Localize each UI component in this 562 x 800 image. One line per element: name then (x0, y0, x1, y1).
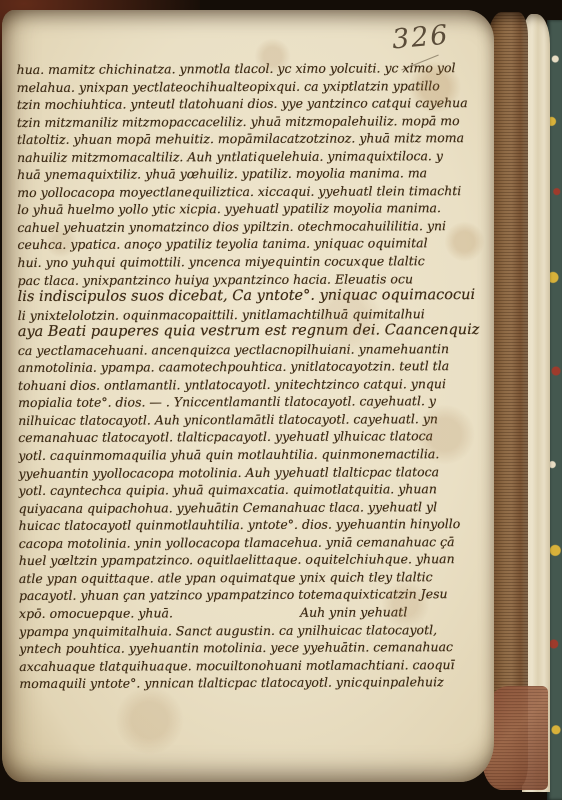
manuscript-line: nahuiliz mitzmomacaltiliz. Auh yntlatiqu… (17, 147, 483, 167)
text-block: hua. mamitz chichinatza. ynmotla tlacol.… (17, 59, 486, 693)
manuscript-line: hua. mamitz chichinatza. ynmotla tlacol.… (17, 59, 483, 79)
manuscript-line: momaquili yntote°. ynnican tlalticpac tl… (19, 673, 485, 693)
manuscript-line: yntech pouhtica. yyehuantin motolinia. y… (19, 638, 485, 658)
manuscript-line: tohuani dios. ontlamantli. yntlatocayotl… (18, 375, 484, 395)
manuscript-line: mopialia tote°. dios. — . Yniccentlamant… (18, 392, 484, 412)
manuscript-page: 326 hua. mamitz chichinatza. ynmotla tla… (2, 10, 494, 782)
manuscript-line: pac tlaca. ynixpantzinco huiya yxpantzin… (18, 270, 484, 290)
manuscript-line: huā ynemaquixtiliz. yhuā yœhuiliz. ypati… (17, 164, 483, 184)
manuscript-line: nilhuicac tlatocayotl. Auh ynicontlamātl… (18, 410, 484, 430)
manuscript-line: yotl. cayntechca quipia. yhuā quimaxcati… (18, 480, 484, 500)
manuscript-line: tlatoltiz. yhuan mopā mehuitiz. mopāmila… (17, 129, 483, 149)
manuscript-line: ypampa ynquimitalhuia. Sanct augustin. c… (19, 620, 485, 640)
manuscript-line: pacayotl. yhuan çan yatzinco ypampatzinc… (19, 585, 485, 605)
manuscript-line: melahua. ynixpan yectlateochihualteopixq… (17, 77, 483, 97)
manuscript-line: hui. yno yuhqui quimottili. yncenca miye… (17, 252, 483, 272)
manuscript-line: mo yollocacopa moyectlanequiliztica. xic… (17, 182, 483, 202)
manuscript-line: huel yœltzin ypampatzinco. oquitlaelitta… (19, 550, 485, 570)
manuscript-line: yyehuantin yyollocacopa motolinia. Auh y… (18, 463, 484, 483)
manuscript-line: lis indiscipulos suos dicebat, Ca yntote… (18, 287, 484, 307)
photo-backdrop: 326 hua. mamitz chichinatza. ynmotla tla… (0, 0, 562, 800)
manuscript-line: xpō. omocuepque. yhuā. Auh ynin yehuatl (19, 603, 485, 623)
manuscript-line: cacopa motolinia. ynin yollocacopa tlama… (19, 533, 485, 553)
manuscript-line: atle ypan oquittaque. atle ypan oquimatq… (19, 568, 485, 588)
manuscript-line: ca yectlamacehuani. ancenquizca yectlacn… (18, 340, 484, 360)
manuscript-line: yotl. caquinmomaquilia yhuā quin motlauh… (18, 445, 484, 465)
manuscript-line: li ynixtelolotzin. oquinmacopaittili. yn… (18, 305, 484, 325)
manuscript-line: cemanahuac tlatocayotl. tlalticpacayotl.… (18, 427, 484, 447)
manuscript-line: tzin mitzmaniliz mitzmopaccaceliliz. yhu… (17, 112, 483, 132)
manuscript-line: lo yhuā huelmo yollo ytic xicpia. yyehua… (17, 199, 483, 219)
manuscript-line: cahuel yehuatzin ynomatzinco dios ypiltz… (17, 217, 483, 237)
manuscript-line: anmotolinia. ypampa. caamotechpouhtica. … (18, 357, 484, 377)
manuscript-line: tzin mochiuhtica. ynteutl tlatohuani dio… (17, 94, 483, 114)
folio-number: 326 (391, 20, 451, 56)
manuscript-line: quiyacana quipachohua. yyehuātin Cemanah… (19, 498, 485, 518)
manuscript-line: aya Beati pauperes quia vestrum est regn… (18, 322, 484, 342)
manuscript-line: axcahuaque tlatquihuaque. mocuiltonohuan… (19, 656, 485, 676)
manuscript-line: ceuhca. ypatica. anoço ypatiliz teyolia … (17, 234, 483, 254)
manuscript-line: huicac tlatocayotl quinmotlauhtilia. ynt… (19, 515, 485, 535)
